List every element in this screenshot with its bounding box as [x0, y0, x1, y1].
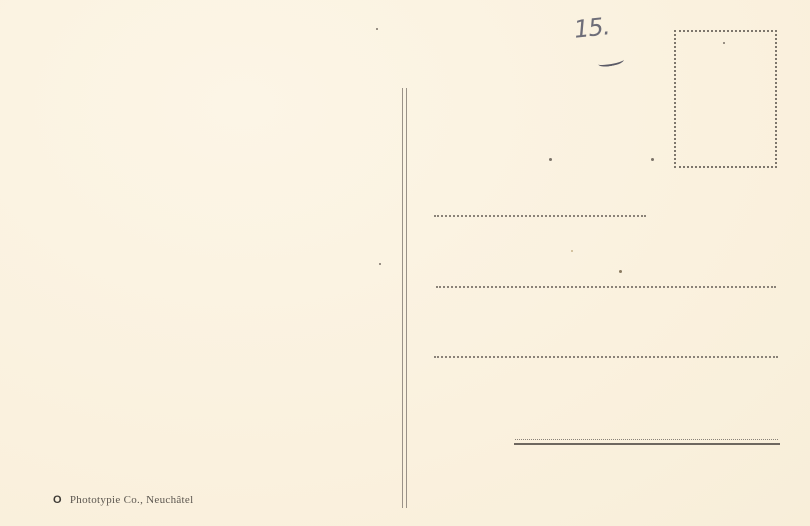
publisher-text: Phototypie Co., Neuchâtel: [70, 494, 194, 506]
handwritten-underline: [598, 56, 625, 68]
paper-speck: [619, 270, 622, 273]
address-line-3: [434, 356, 778, 358]
paper-speck: [651, 158, 654, 161]
address-line-1: [434, 215, 646, 217]
publisher-mark: O: [53, 494, 62, 506]
center-divider-line: [402, 88, 407, 508]
address-line-2: [436, 286, 776, 288]
publisher-imprint: OPhototypie Co., Neuchâtel: [53, 494, 193, 506]
paper-speck: [376, 28, 378, 30]
paper-speck: [549, 158, 552, 161]
handwritten-note: 15.: [573, 12, 611, 44]
paper-speck: [723, 42, 725, 44]
paper-speck: [571, 250, 573, 252]
postcard-back: 15. OPhototypie Co., Neuchâtel: [0, 0, 810, 526]
stamp-box: [674, 30, 777, 168]
paper-speck: [379, 263, 381, 265]
address-line-4-dotted: [515, 439, 778, 440]
address-line-4-solid: [514, 443, 780, 445]
